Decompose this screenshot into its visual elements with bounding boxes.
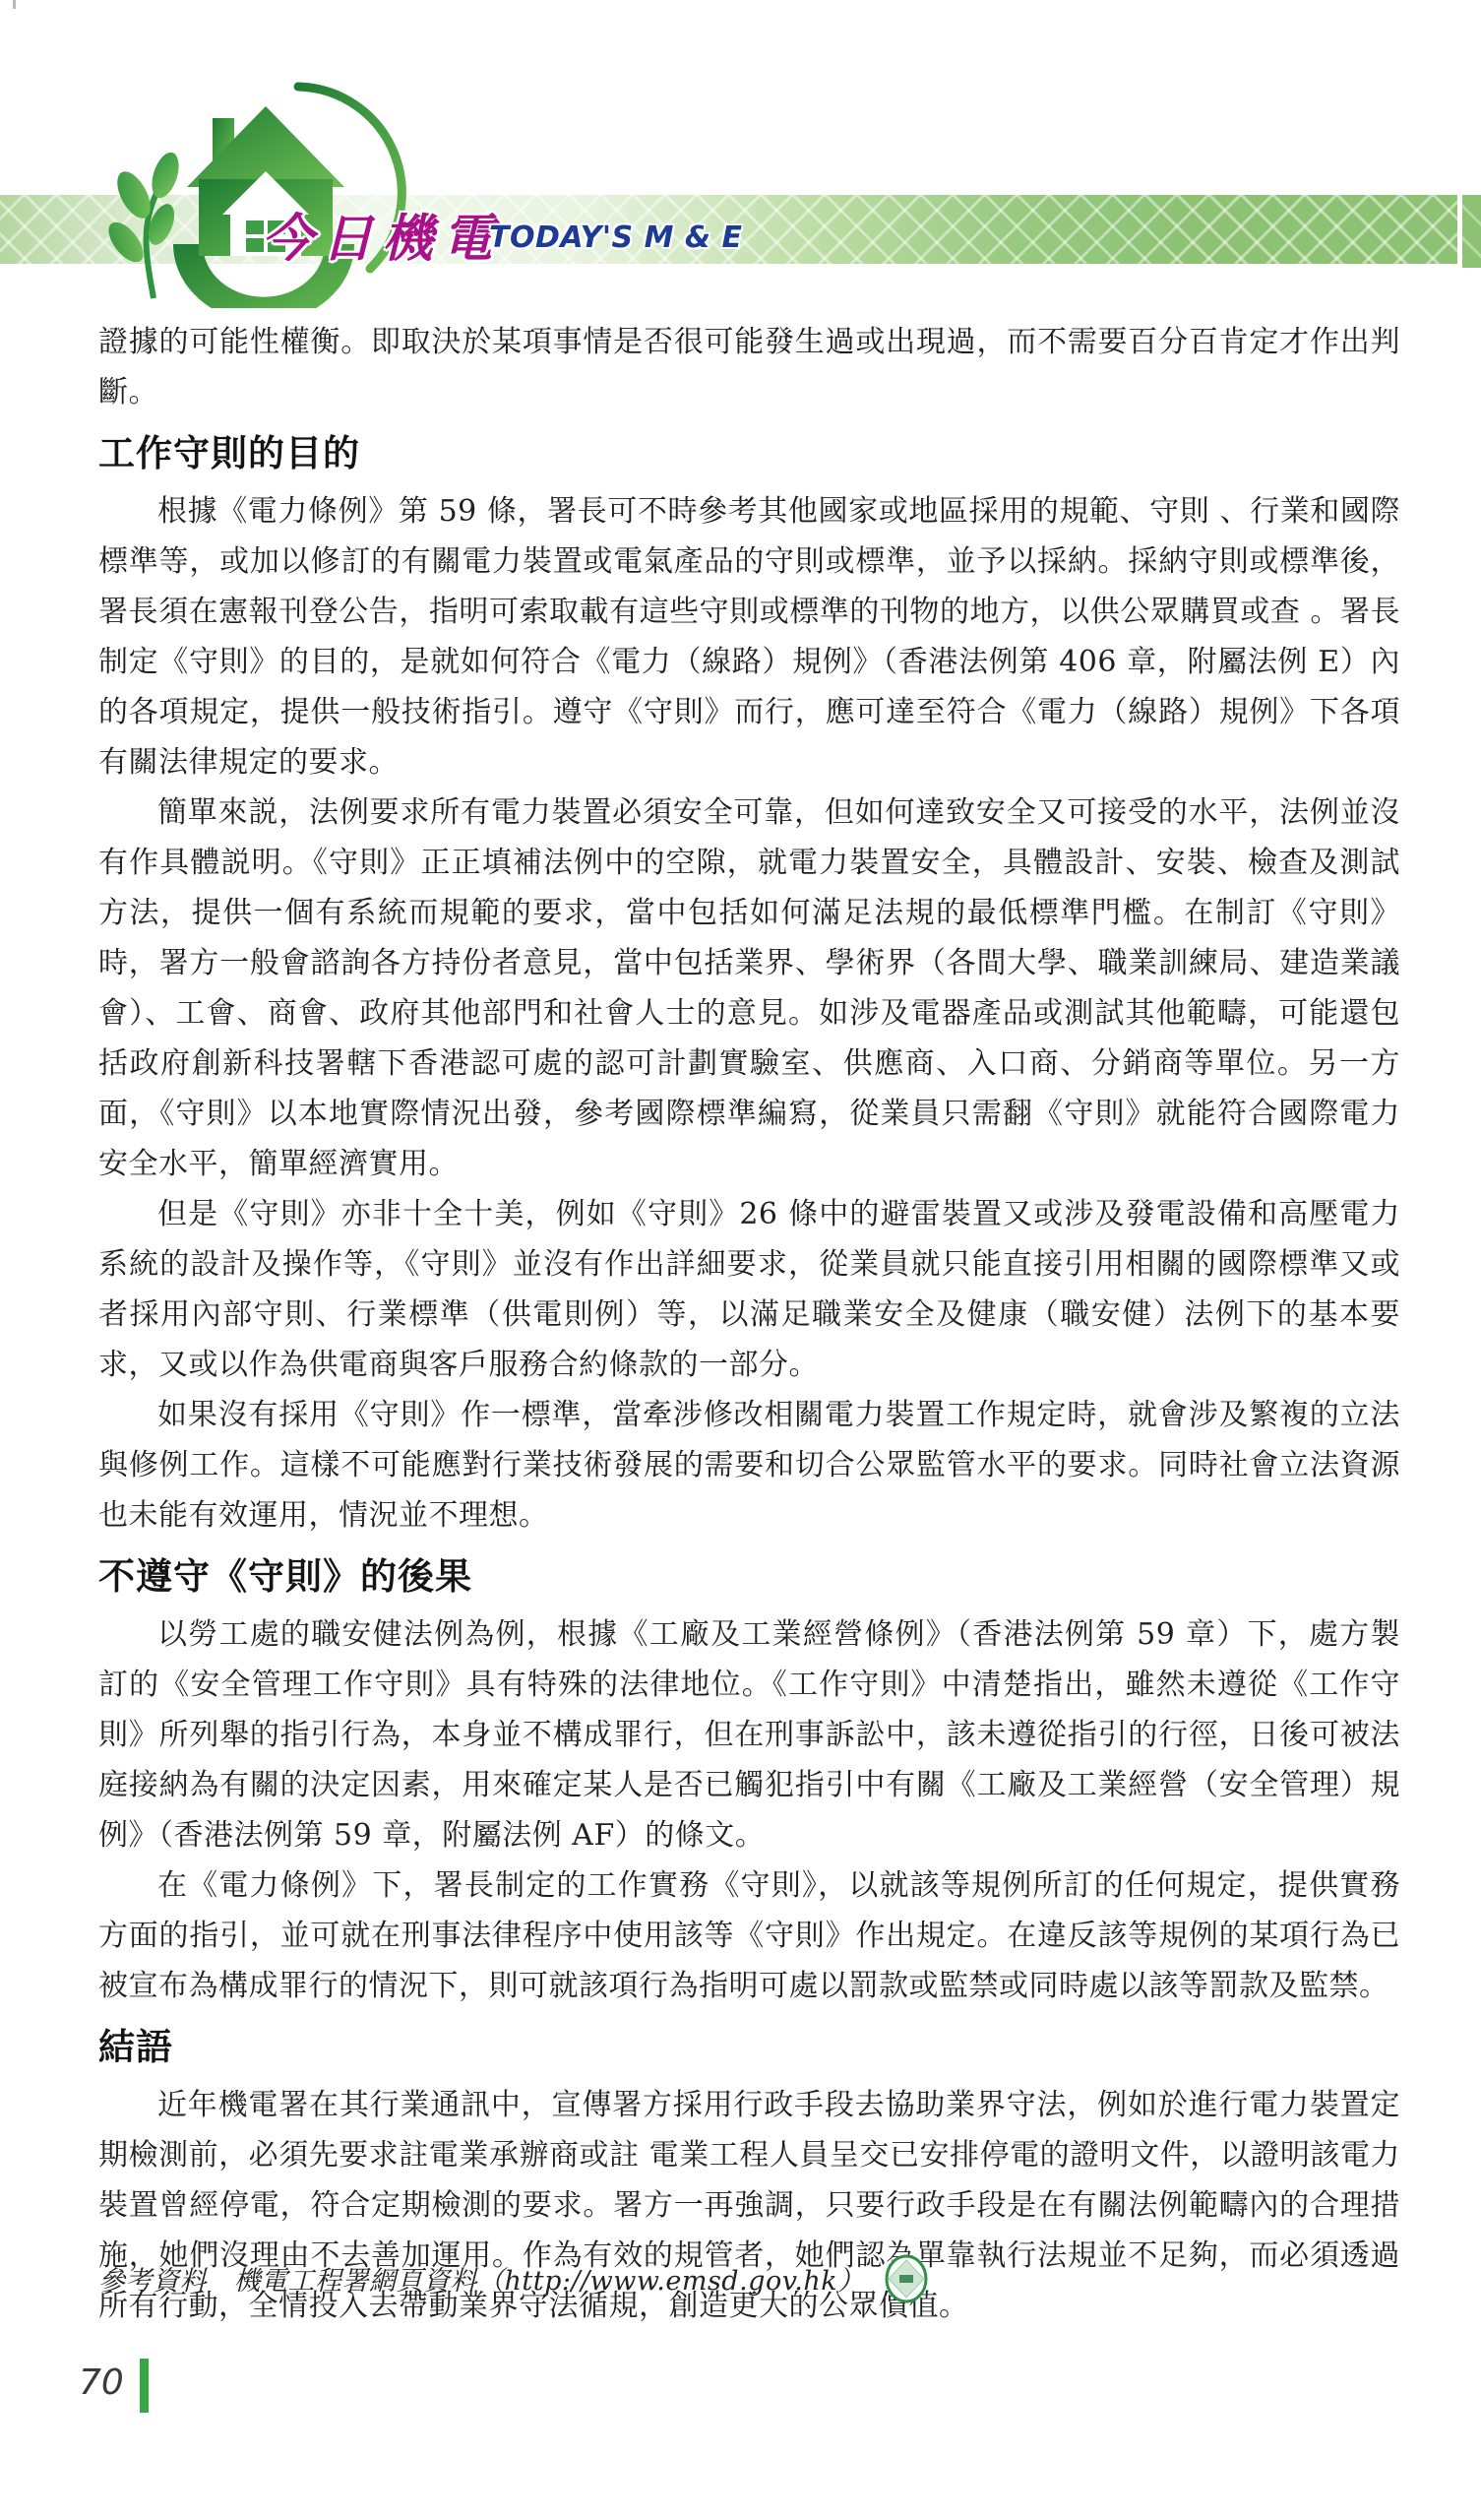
crop-mark xyxy=(13,0,16,9)
emsd-house-leaf-logo xyxy=(96,77,436,308)
masthead-title-chinese: 今日機電 xyxy=(262,197,502,271)
paragraph: 以勞工處的職安健法例為例，根據《工廠及工業經營條例》（香港法例第 59 章）下，… xyxy=(98,1609,1400,1860)
paragraph: 簡單來説，法例要求所有電力裝置必須安全可靠，但如何達致安全又可接受的水平，法例並… xyxy=(98,787,1400,1189)
reference-text: 參考資料 機電工程署網頁資料（http://www.emsd.gov.hk） xyxy=(98,2266,865,2297)
magazine-page: 今日機電 TODAY'S M & E 證據的可能性權衡。即取決於某項事情是否很可… xyxy=(0,0,1481,2520)
page-number-bar xyxy=(140,2359,149,2413)
section-heading-consequences: 不遵守《守則》的後果 xyxy=(98,1554,1400,1600)
reference-line: 參考資料 機電工程署網頁資料（http://www.emsd.gov.hk） xyxy=(98,2254,1378,2303)
section-heading-purpose: 工作守則的目的 xyxy=(98,431,1400,476)
paragraph: 在《電力條例》下，署長制定的工作實務《守則》，以就該等規例所訂的任何規定，提供實… xyxy=(98,1860,1400,2011)
paragraph: 如果沒有採用《守則》作一標準，當牽涉修改相關電力裝置工作規定時，就會涉及繁複的立… xyxy=(98,1390,1400,1541)
end-of-article-badge-icon xyxy=(884,2254,929,2303)
paragraph: 但是《守則》亦非十全十美，例如《守則》26 條中的避雷裝置又或涉及發電設備和高壓… xyxy=(98,1189,1400,1390)
article-body: 證據的可能性權衡。即取決於某項事情是否很可能發生過或出現過，而不需要百分百肯定才… xyxy=(98,317,1400,2331)
section-heading-conclusion: 結語 xyxy=(98,2025,1400,2070)
paragraph: 根據《電力條例》第 59 條，署長可不時參考其他國家或地區採用的規範、守則 、行… xyxy=(98,486,1400,787)
masthead-title-english: TODAY'S M & E xyxy=(489,220,743,255)
page-number: 70 xyxy=(79,2362,124,2403)
header-band-right-cap xyxy=(1462,195,1481,268)
intro-paragraph: 證據的可能性權衡。即取決於某項事情是否很可能發生過或出現過，而不需要百分百肯定才… xyxy=(98,317,1400,417)
